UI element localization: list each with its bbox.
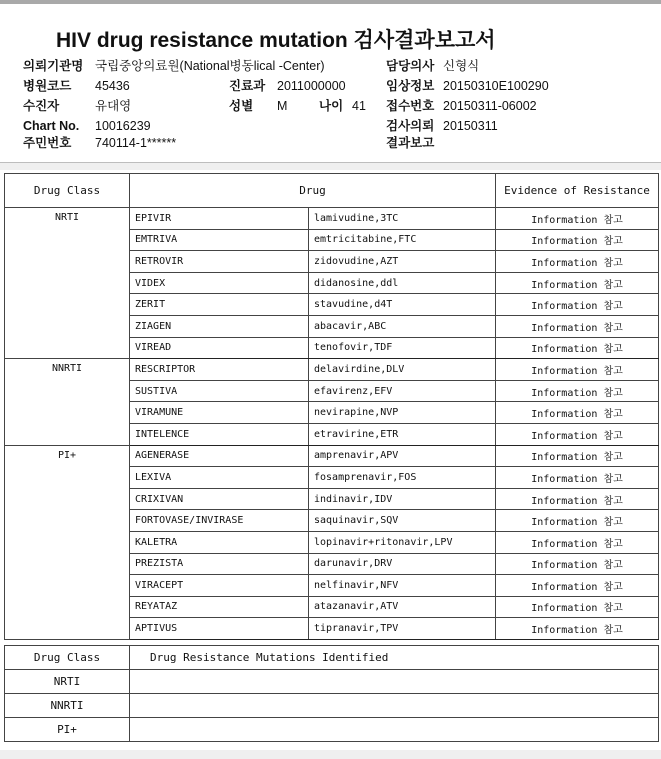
evidence-cell: Information 참고 <box>496 315 659 337</box>
test-request-value: 20150311 <box>443 118 498 134</box>
evidence-cell: Information 참고 <box>496 272 659 294</box>
age-value: 41 <box>352 98 366 114</box>
evidence-cell: Information 참고 <box>496 510 659 532</box>
brand-name-cell: AGENERASE <box>130 445 309 467</box>
bottom-margin <box>0 750 661 759</box>
brand-name-cell: LEXIVA <box>130 467 309 489</box>
resident-no-value: 740114-1****** <box>95 135 176 151</box>
evidence-cell: Information 참고 <box>496 423 659 445</box>
department-value: 2011000000 <box>277 78 346 94</box>
table-row: PI+ <box>5 718 659 742</box>
table-header-row: Drug Class Drug Evidence of Resistance <box>5 174 659 208</box>
generic-name-cell: indinavir,IDV <box>309 488 496 510</box>
generic-name-cell: delavirdine,DLV <box>309 359 496 381</box>
hospital-code-label: 병원코드 <box>23 78 71 94</box>
brand-name-cell: VIRACEPT <box>130 575 309 597</box>
brand-name-cell: VIDEX <box>130 272 309 294</box>
brand-name-cell: CRIXIVAN <box>130 488 309 510</box>
table-row: PI+AGENERASEamprenavir,APVInformation 참고 <box>5 445 659 467</box>
brand-name-cell: PREZISTA <box>130 553 309 575</box>
clinical-info-label: 임상정보 <box>386 78 434 94</box>
sex-label: 성별 <box>229 98 253 114</box>
brand-name-cell: SUSTIVA <box>130 380 309 402</box>
brand-name-cell: REYATAZ <box>130 596 309 618</box>
chart-no-value: 10016239 <box>95 118 151 134</box>
generic-name-cell: zidovudine,AZT <box>309 251 496 273</box>
brand-name-cell: VIRAMUNE <box>130 402 309 424</box>
mutations-cell <box>130 694 659 718</box>
receipt-no-label: 접수번호 <box>386 98 434 114</box>
generic-name-cell: etravirine,ETR <box>309 423 496 445</box>
drug-class-cell: NRTI <box>5 670 130 694</box>
generic-name-cell: abacavir,ABC <box>309 315 496 337</box>
clinical-info-value: 20150310E100290 <box>443 78 549 94</box>
department-label: 진료과 <box>229 78 265 94</box>
evidence-cell: Information 참고 <box>496 294 659 316</box>
evidence-cell: Information 참고 <box>496 402 659 424</box>
patient-label: 수진자 <box>23 98 59 114</box>
test-request-label: 검사의뢰 <box>386 118 434 134</box>
evidence-cell: Information 참고 <box>496 467 659 489</box>
mutation-table: Drug Class Drug Resistance Mutations Ide… <box>4 645 659 742</box>
evidence-cell: Information 참고 <box>496 596 659 618</box>
institution-label: 의뢰기관명 <box>23 58 83 74</box>
brand-name-cell: VIREAD <box>130 337 309 359</box>
drug-class-cell: PI+ <box>5 445 130 639</box>
doctor-label: 담당의사 <box>386 58 434 74</box>
section-separator <box>0 162 661 170</box>
result-report-label: 결과보고 <box>386 135 434 151</box>
header-mutations: Drug Resistance Mutations Identified <box>130 646 659 670</box>
header-drug-class: Drug Class <box>5 174 130 208</box>
brand-name-cell: APTIVUS <box>130 618 309 640</box>
table-row: NNRTIRESCRIPTORdelavirdine,DLVInformatio… <box>5 359 659 381</box>
evidence-cell: Information 참고 <box>496 229 659 251</box>
brand-name-cell: ZERIT <box>130 294 309 316</box>
evidence-cell: Information 참고 <box>496 208 659 230</box>
generic-name-cell: emtricitabine,FTC <box>309 229 496 251</box>
drug-class-cell: PI+ <box>5 718 130 742</box>
generic-name-cell: atazanavir,ATV <box>309 596 496 618</box>
drug-class-cell: NNRTI <box>5 359 130 445</box>
mutations-cell <box>130 670 659 694</box>
generic-name-cell: tenofovir,TDF <box>309 337 496 359</box>
evidence-cell: Information 참고 <box>496 359 659 381</box>
generic-name-cell: stavudine,d4T <box>309 294 496 316</box>
drug-class-cell: NNRTI <box>5 694 130 718</box>
evidence-cell: Information 참고 <box>496 251 659 273</box>
evidence-cell: Information 참고 <box>496 575 659 597</box>
header-evidence: Evidence of Resistance <box>496 174 659 208</box>
drug-resistance-table: Drug Class Drug Evidence of Resistance N… <box>4 173 659 640</box>
report-title: HIV drug resistance mutation 검사결과보고서 <box>56 24 496 54</box>
brand-name-cell: EPIVIR <box>130 208 309 230</box>
receipt-no-value: 20150311-06002 <box>443 98 537 114</box>
generic-name-cell: efavirenz,EFV <box>309 380 496 402</box>
generic-name-cell: didanosine,ddl <box>309 272 496 294</box>
brand-name-cell: KALETRA <box>130 531 309 553</box>
patient-value: 유대영 <box>95 98 131 114</box>
chart-no-label: Chart No. <box>23 118 79 134</box>
brand-name-cell: ZIAGEN <box>130 315 309 337</box>
results-section: Drug Class Drug Evidence of Resistance N… <box>0 170 661 750</box>
generic-name-cell: nevirapine,NVP <box>309 402 496 424</box>
sex-value: M <box>277 98 287 114</box>
header-drug-class: Drug Class <box>5 646 130 670</box>
table-row: NRTIEPIVIRlamivudine,3TCInformation 참고 <box>5 208 659 230</box>
brand-name-cell: FORTOVASE/INVIRASE <box>130 510 309 532</box>
evidence-cell: Information 참고 <box>496 380 659 402</box>
brand-name-cell: EMTRIVA <box>130 229 309 251</box>
evidence-cell: Information 참고 <box>496 445 659 467</box>
generic-name-cell: nelfinavir,NFV <box>309 575 496 597</box>
table-row: NNRTI <box>5 694 659 718</box>
generic-name-cell: saquinavir,SQV <box>309 510 496 532</box>
resident-no-label: 주민번호 <box>23 135 71 151</box>
institution-value: 국립중앙의료원(National병동lical -Center) <box>95 58 325 74</box>
brand-name-cell: INTELENCE <box>130 423 309 445</box>
generic-name-cell: tipranavir,TPV <box>309 618 496 640</box>
evidence-cell: Information 참고 <box>496 553 659 575</box>
hospital-code-value: 45436 <box>95 78 130 94</box>
report-header: HIV drug resistance mutation 검사결과보고서 의뢰기… <box>0 4 661 162</box>
table-row: NRTI <box>5 670 659 694</box>
generic-name-cell: fosamprenavir,FOS <box>309 467 496 489</box>
generic-name-cell: lopinavir+ritonavir,LPV <box>309 531 496 553</box>
evidence-cell: Information 참고 <box>496 531 659 553</box>
generic-name-cell: lamivudine,3TC <box>309 208 496 230</box>
generic-name-cell: darunavir,DRV <box>309 553 496 575</box>
header-drug: Drug <box>130 174 496 208</box>
doctor-value: 신형식 <box>443 58 479 74</box>
mutations-cell <box>130 718 659 742</box>
table-header-row: Drug Class Drug Resistance Mutations Ide… <box>5 646 659 670</box>
brand-name-cell: RESCRIPTOR <box>130 359 309 381</box>
evidence-cell: Information 참고 <box>496 618 659 640</box>
drug-class-cell: NRTI <box>5 208 130 359</box>
generic-name-cell: amprenavir,APV <box>309 445 496 467</box>
age-label: 나이 <box>319 98 343 114</box>
evidence-cell: Information 참고 <box>496 337 659 359</box>
evidence-cell: Information 참고 <box>496 488 659 510</box>
brand-name-cell: RETROVIR <box>130 251 309 273</box>
